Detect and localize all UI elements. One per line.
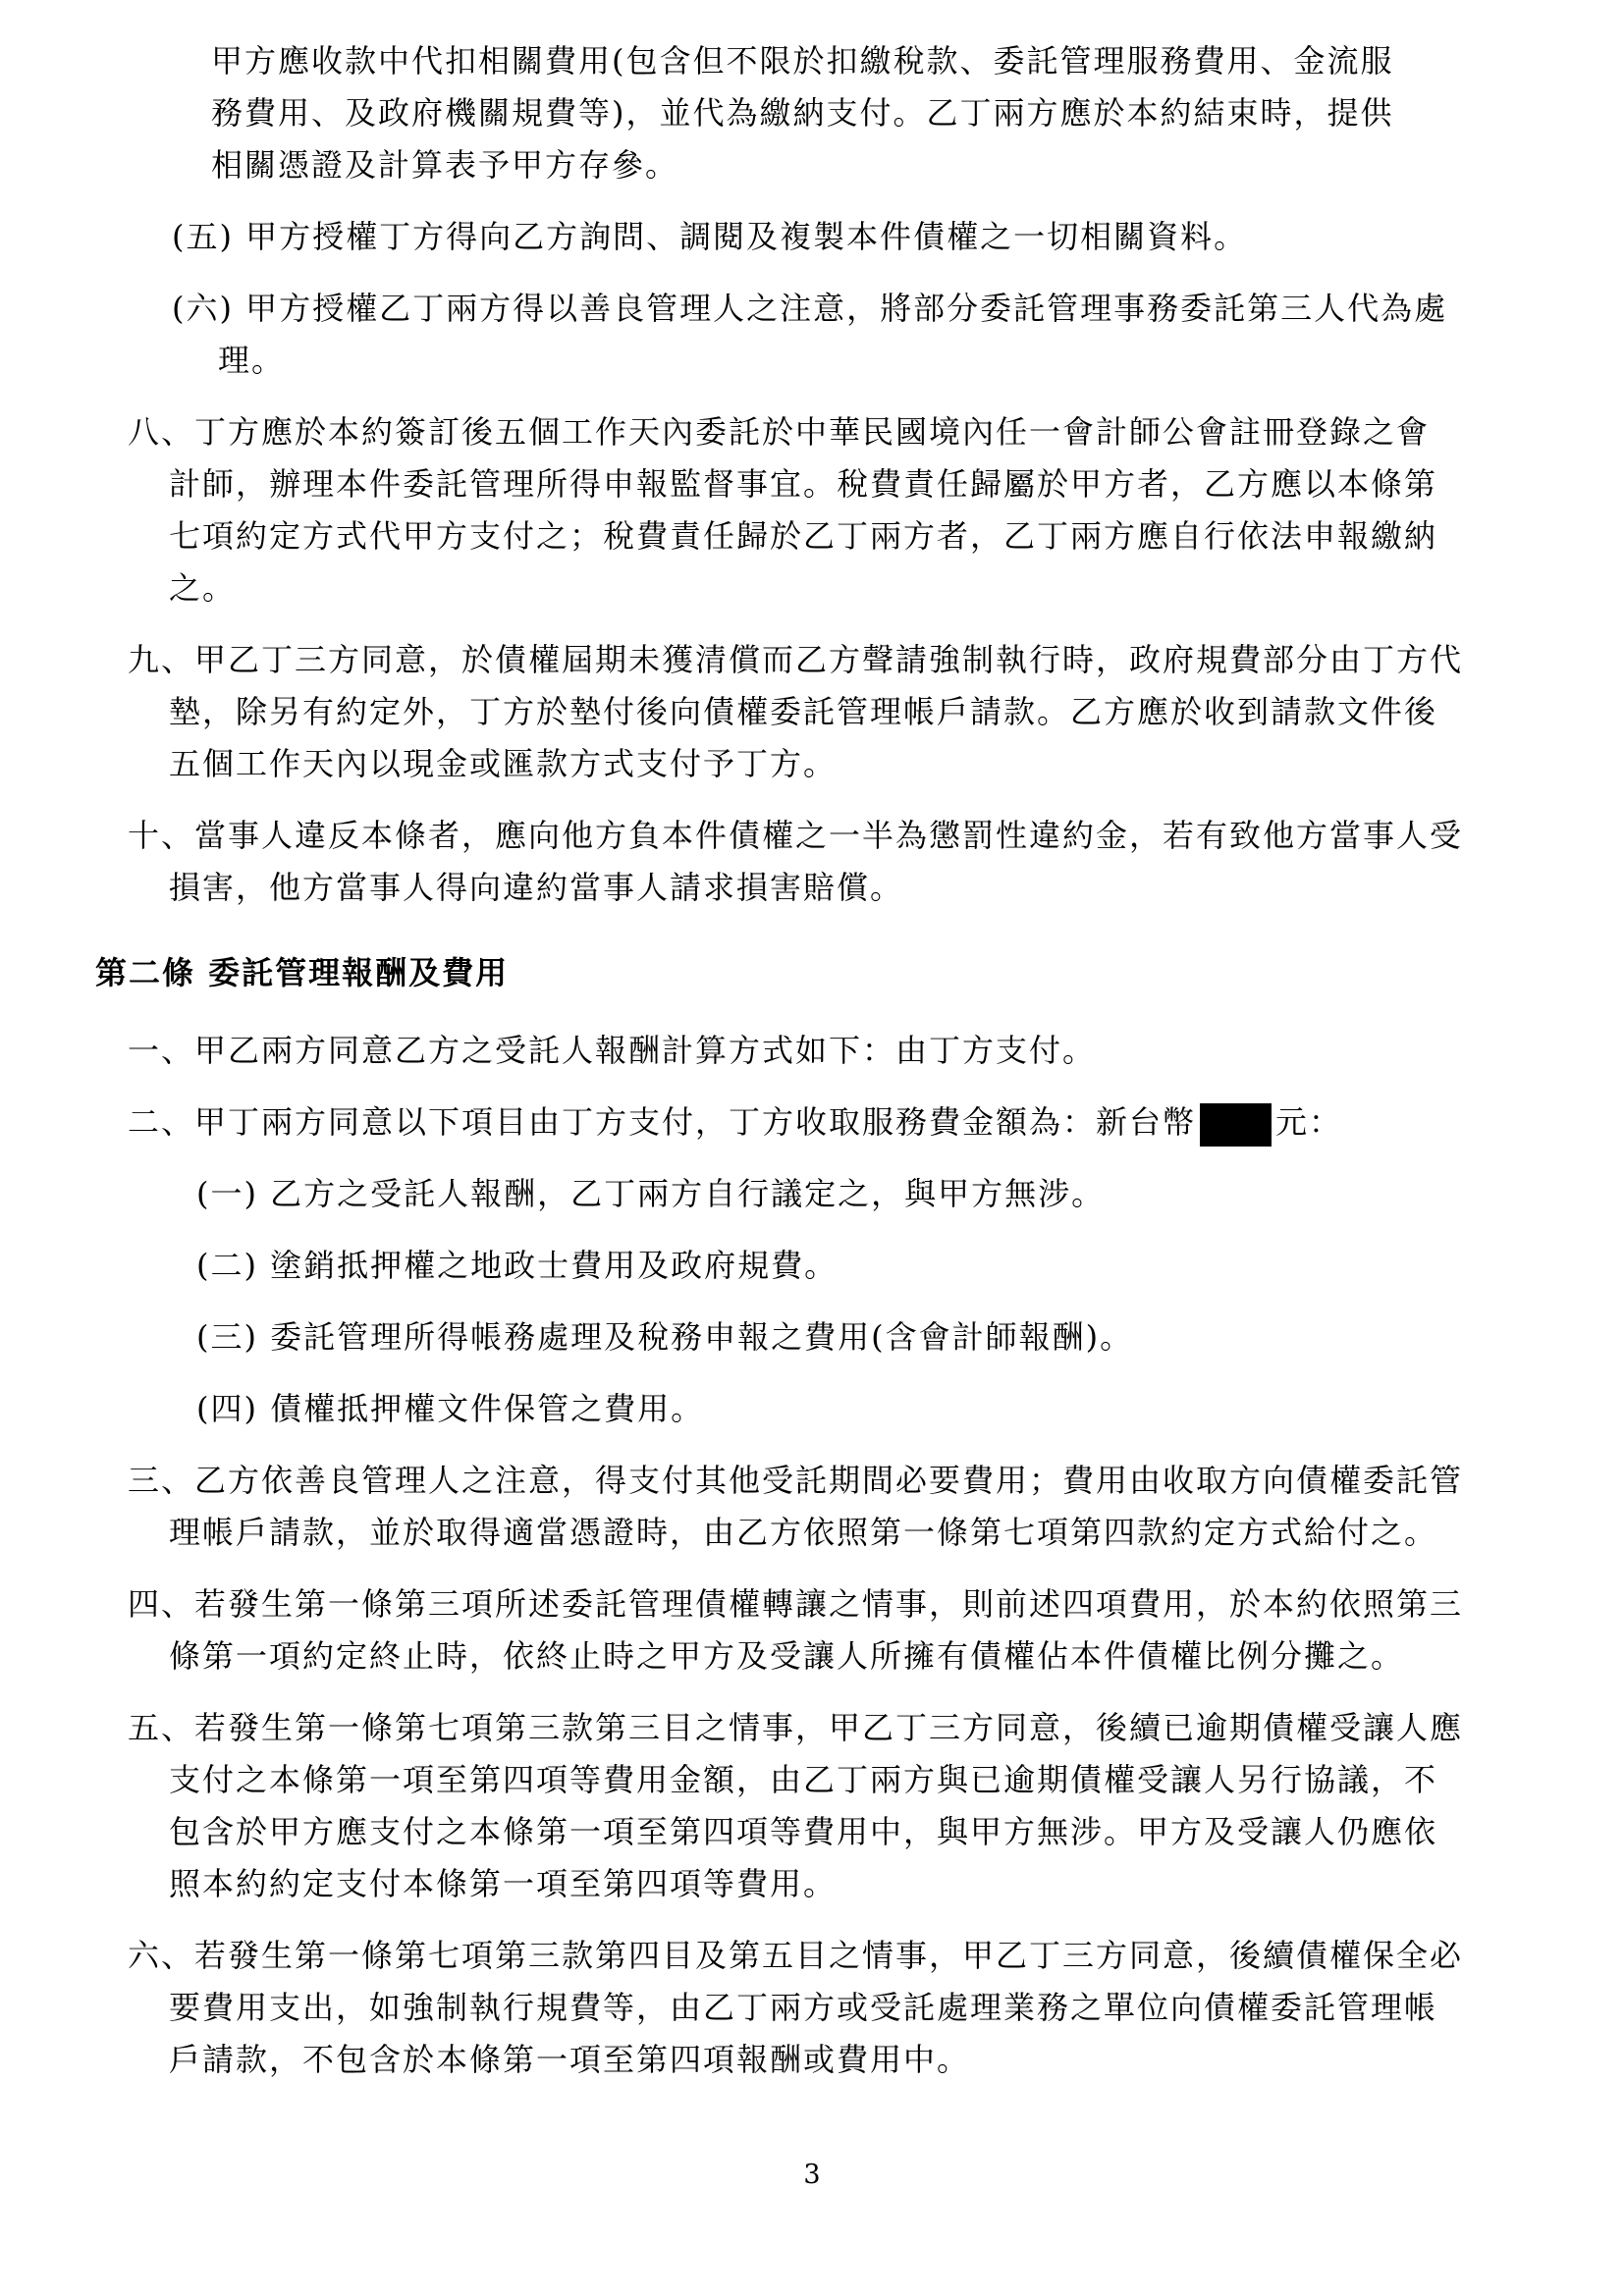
article-2-item-6: 六、若發生第一條第七項第三款第四目及第五目之情事，甲乙丁三方同意，後續債權保全必… xyxy=(128,1930,1624,2086)
article-2-item-2: 二、甲丁兩方同意以下項目由丁方支付，丁方收取服務費金額為：新台幣元： xyxy=(128,1096,1624,1148)
article-2-item-1: 一、甲乙兩方同意乙方之受託人報酬計算方式如下：由丁方支付。 xyxy=(128,1025,1624,1077)
clause-9: 九、甲乙丁三方同意，於債權屆期未獲清償而乙方聲請強制執行時，政府規費部分由丁方代… xyxy=(128,634,1624,790)
article-2-item-2-text-after: 元： xyxy=(1275,1103,1342,1141)
clause-7-6: (六) 甲方授權乙丁兩方得以善良管理人之注意，將部分委託管理事務委託第三人代為處… xyxy=(172,283,1624,387)
clause-7-5: (五) 甲方授權丁方得向乙方詢問、調閱及複製本件債權之一切相關資料。 xyxy=(172,211,1624,263)
article-2-item-2-sub-2: (二) 塗銷抵押權之地政士費用及政府規費。 xyxy=(196,1240,1624,1292)
article-2-item-4: 四、若發生第一條第三項所述委託管理債權轉讓之情事，則前述四項費用，於本約依照第三… xyxy=(128,1578,1624,1682)
article-2-item-2-sub-4: (四) 債權抵押權文件保管之費用。 xyxy=(196,1383,1624,1435)
article-2-item-5: 五、若發生第一條第七項第三款第三目之情事，甲乙丁三方同意，後續已逾期債權受讓人應… xyxy=(128,1702,1624,1910)
clause-10: 十、當事人違反本條者，應向他方負本件債權之一半為懲罰性違約金，若有致他方當事人受… xyxy=(128,810,1624,914)
article-2-heading: 第二條 委託管理報酬及費用 xyxy=(95,947,1624,999)
article-2-item-2-sub-3: (三) 委託管理所得帳務處理及稅務申報之費用(含會計師報酬)。 xyxy=(196,1311,1624,1363)
contract-body: 甲方應收款中代扣相關費用(包含但不限於扣繳稅款、委託管理服務費用、金流服 務費用… xyxy=(0,35,1624,2086)
clause-7-4-continuation: 甲方應收款中代扣相關費用(包含但不限於扣繳稅款、委託管理服務費用、金流服 務費用… xyxy=(211,35,1624,191)
article-2-item-2-sub-1: (一) 乙方之受託人報酬，乙丁兩方自行議定之，與甲方無涉。 xyxy=(196,1168,1624,1220)
article-2-item-3: 三、乙方依善良管理人之注意，得支付其他受託期間必要費用；費用由收取方向債權委託管… xyxy=(128,1455,1624,1559)
page-number: 3 xyxy=(0,2156,1624,2195)
clause-8: 八、丁方應於本約簽訂後五個工作天內委託於中華民國境內任一會計師公會註冊登錄之會 … xyxy=(128,406,1624,614)
redaction-box xyxy=(1200,1103,1272,1147)
article-2-item-2-text-before: 二、甲丁兩方同意以下項目由丁方支付，丁方收取服務費金額為：新台幣 xyxy=(128,1103,1196,1141)
contract-page: 甲方應收款中代扣相關費用(包含但不限於扣繳稅款、委託管理服務費用、金流服 務費用… xyxy=(0,0,1624,2296)
